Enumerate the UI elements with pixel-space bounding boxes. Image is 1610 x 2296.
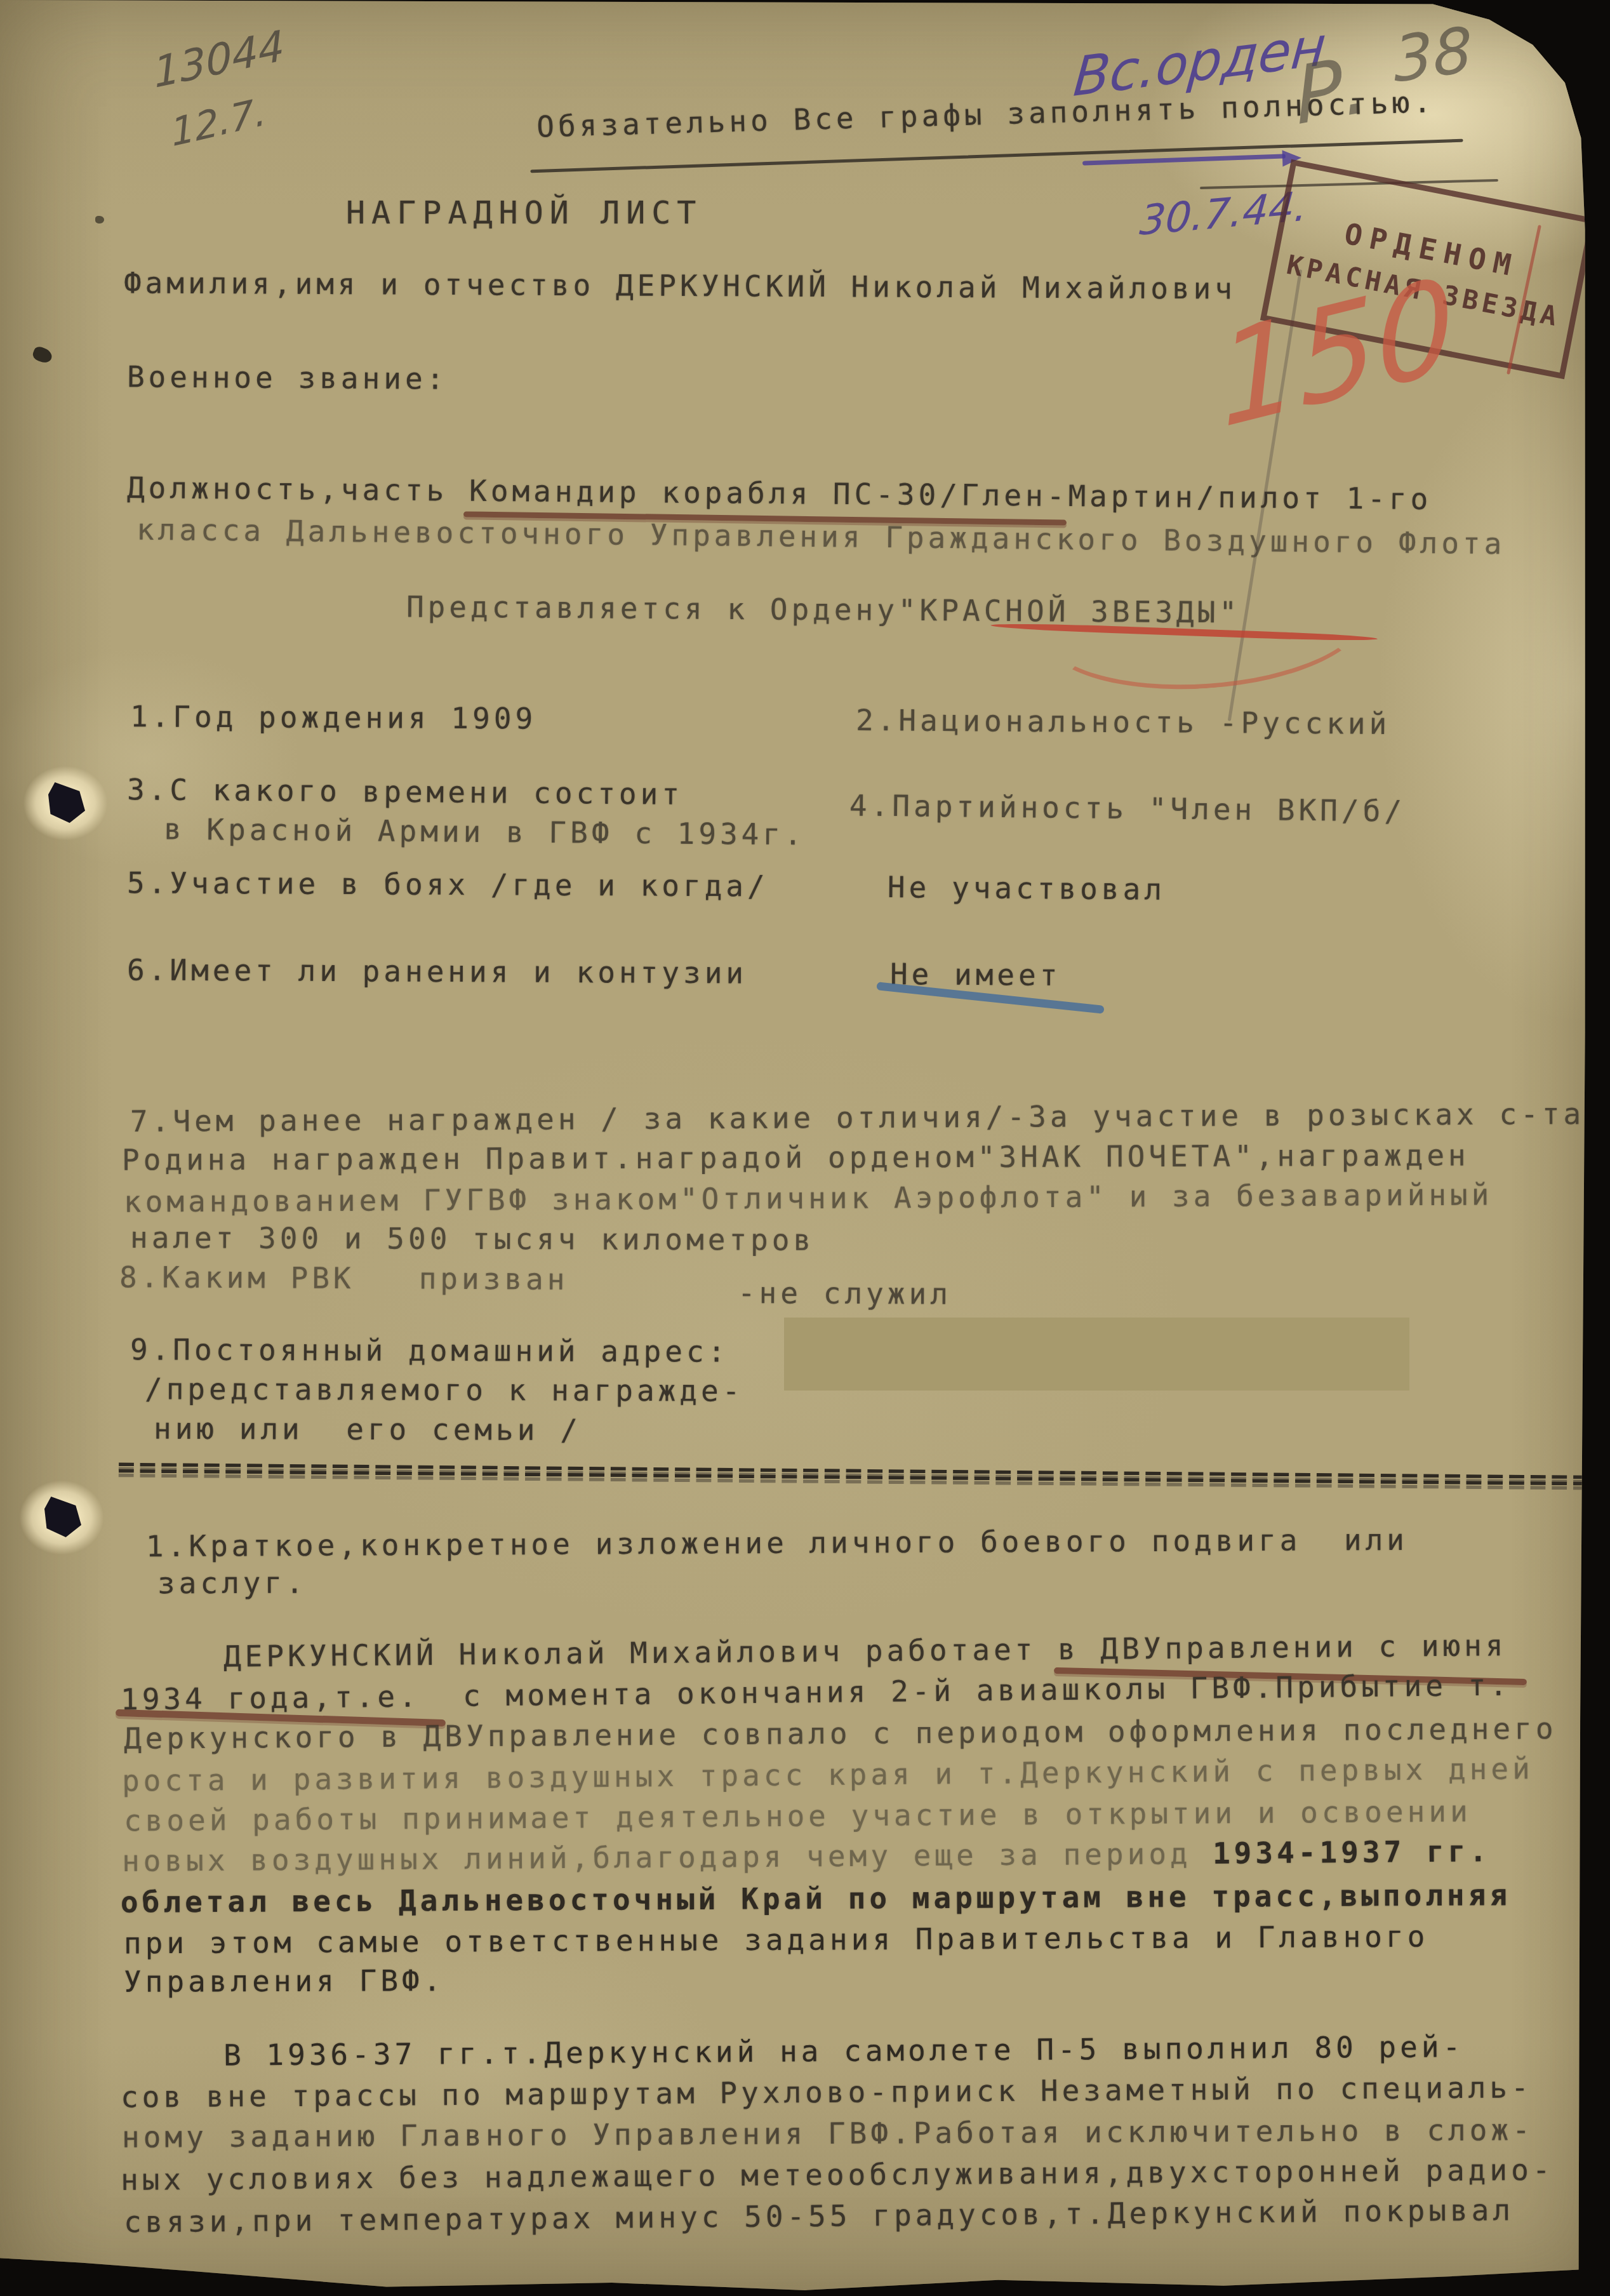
item-2-nationality: 2.Национальность -Русский — [856, 704, 1391, 740]
item-7-line-3: командованием ГУГВФ знаком"Отличник Аэро… — [124, 1178, 1493, 1218]
section-1-line-1: 1.Краткое,конкретное изложение личного б… — [146, 1524, 1408, 1563]
body-p2-line-4: ных условиях без надлежащего метеообслуж… — [121, 2154, 1554, 2196]
item-7-line-2: Родина награжден Правит.наградой орденом… — [122, 1139, 1470, 1176]
body-p2-line-2: сов вне трассы по маршрутам Рухлово-прии… — [121, 2071, 1533, 2113]
item-9-line-1: 9.Постоянный домашний адрес: — [130, 1333, 729, 1368]
body-p2-line-1: В 1936-37 гг.т.Деркунский на самолете П-… — [223, 2031, 1465, 2071]
item-5-answer: Не участвовал — [888, 871, 1166, 905]
handwritten-page-number: 13044 — [152, 21, 286, 98]
item-7-line-4: налет 300 и 500 тысяч километров — [130, 1222, 815, 1256]
item-3-line-1: 3.С какого времени состоит — [127, 773, 683, 810]
body-p2-line-5: связи,при температурах минус 50-55 граду… — [124, 2194, 1514, 2238]
punch-hole-top — [11, 756, 119, 851]
item-7-line-1: 7.Чем ранее награжден / за какие отличия… — [130, 1098, 1585, 1138]
paper-speck-2 — [95, 216, 104, 224]
body-p2-line-3: ному заданию Главного Управления ГВФ.Раб… — [122, 2114, 1534, 2153]
handwritten-date-note: 12.7. — [170, 90, 268, 156]
item-1-birth-year: 1.Год рождения 1909 — [130, 700, 536, 735]
equals-divider: ========================================… — [117, 1451, 1593, 1496]
field-name-line: Фамилия,имя и отчество ДЕРКУНСКИЙ Никола… — [124, 267, 1236, 305]
item-4-party: 4.Партийность "Член ВКП/б/ — [849, 789, 1406, 827]
item-9-line-3: нию или его семьи / — [154, 1413, 582, 1446]
body-p1-line-8: при этом самые ответственные задания Пра… — [124, 1921, 1429, 1959]
field-rank-label: Военное звание: — [127, 361, 448, 395]
section-1-line-2: заслуг. — [157, 1567, 307, 1599]
violet-arrow-line — [1082, 154, 1286, 165]
presented-line: Представляется к Ордену"КРАСНОЙ ЗВЕЗДЫ" — [406, 591, 1241, 629]
body-p1-line-1: ДЕРКУНСКИЙ Николай Михайлович работает в… — [223, 1629, 1507, 1672]
item-3-line-2: в Красной Армии в ГВФ с 1934г. — [164, 813, 806, 851]
redaction-box — [784, 1318, 1409, 1391]
handwritten-red-number: 150 — [1214, 249, 1460, 457]
item-8-rvk: 8.Каким РВК призван — [119, 1261, 569, 1295]
body-p1-line-4: роста и развития воздушных трасс края и … — [122, 1752, 1534, 1797]
paper-sheet: 13044 12.7. Вс.орден 30.7.44. Р. 38 Обяз… — [0, 0, 1610, 2296]
body-p1-line-2: 1934 года,т.е. с момента окончания 2-й а… — [121, 1669, 1512, 1716]
item-5-battles: 5.Участие в боях /где и когда/ — [127, 867, 769, 902]
item-9-line-2: /представляемого к награжде- — [145, 1373, 744, 1407]
paper-speck-1 — [31, 345, 54, 365]
field-position-line-1: Должность,часть Командир корабля ПС-30/Г… — [127, 472, 1432, 516]
body-p1-line-6a: новых воздушных линий,благодаря чему еще… — [122, 1838, 1213, 1878]
body-p1-line-7: облетал весь Дальневосточный Край по мар… — [121, 1879, 1511, 1918]
body-p1-line-6b: 1934-1937 гг. — [1213, 1835, 1491, 1869]
body-p1-line-9: Управления ГВФ. — [124, 1965, 445, 1998]
document-scan: 13044 12.7. Вс.орден 30.7.44. Р. 38 Обяз… — [0, 0, 1610, 2296]
body-p1-line-5: своей работы принимает деятельное участи… — [124, 1796, 1472, 1837]
item-8-answer: -не служил — [738, 1277, 952, 1310]
item-6-wounds: 6.Имеет ли ранения и контузии — [127, 954, 747, 989]
page-title: НАГРАДНОЙ ЛИСТ — [346, 196, 702, 230]
punch-hole-bottom — [8, 1470, 116, 1565]
